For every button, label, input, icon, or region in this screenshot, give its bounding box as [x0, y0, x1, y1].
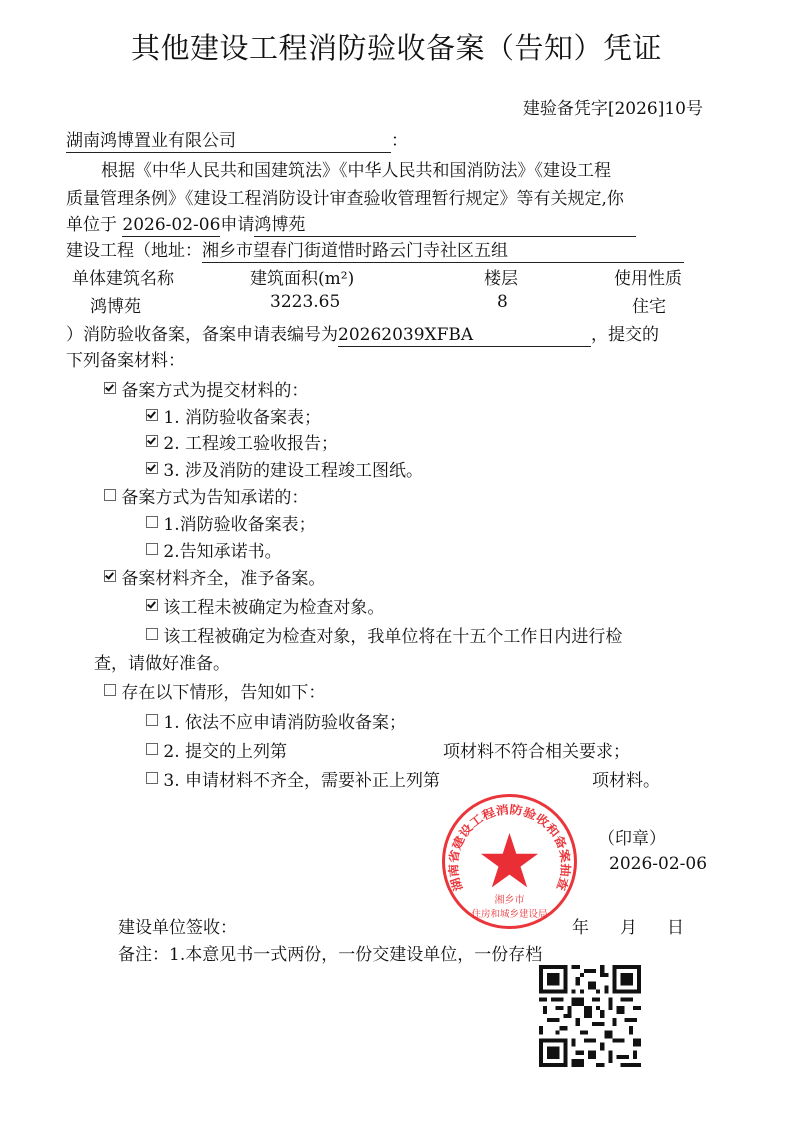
checkbox-checked-icon[interactable] — [146, 409, 158, 421]
application-form-number: 20262039XFBA — [338, 324, 591, 347]
option-item[interactable]: 2. 工程竣工验收报告； — [146, 433, 338, 455]
recipient-line: 湖南鸿博置业有限公司： — [66, 130, 408, 153]
option-item[interactable]: 1. 消防验收备案表； — [146, 407, 321, 429]
month-label: 月 — [620, 917, 637, 939]
option-item-suffix: 项材料不符合相关要求； — [443, 741, 630, 763]
body-line-3: 单位于 2026-02-06申请鸿博苑 — [66, 214, 706, 237]
option-notify-commitment[interactable]: 备案方式为告知承诺的： — [104, 487, 308, 509]
recipient-colon: ： — [391, 131, 408, 151]
reference-number: 建验备凭字[2026]10号 — [523, 98, 703, 120]
option-item-suffix: 项材料。 — [592, 770, 660, 792]
project-address: 湘乡市望春门街道惜时路云门寺社区五组 — [202, 240, 684, 263]
application-date-prefix: 单位于 — [66, 215, 117, 235]
checkbox-checked-icon[interactable] — [146, 599, 158, 611]
body-line-2: 质量管理条例》《建设工程消防设计审查验收管理暂行规定》等有关规定,你 — [66, 188, 624, 210]
option-materials-complete[interactable]: 备案材料齐全，准予备案。 — [104, 568, 325, 590]
option-item[interactable]: 3. 涉及消防的建设工程竣工图纸。 — [146, 460, 423, 482]
option-item[interactable]: 该工程被确定为检查对象，我单位将在十五个工作日内进行检 — [146, 626, 622, 648]
checkbox-unchecked-icon[interactable] — [146, 628, 158, 640]
document-title: 其他建设工程消防验收备案（告知）凭证 — [0, 26, 793, 67]
official-seal-stamp: 湖南省建设工程消防验收和备案抽查专用章 湘乡市 住房和城乡建设局 — [441, 793, 578, 930]
table-cell-usage: 住宅 — [632, 292, 666, 317]
seal-date: 2026-02-06 — [609, 853, 707, 875]
option-item-continuation: 查，请做好准备。 — [94, 653, 230, 675]
form-number-prefix: ）消防验收备案，备案申请表编号为 — [66, 325, 338, 345]
checkbox-unchecked-icon[interactable] — [146, 743, 158, 755]
option-label: 备案材料齐全，准予备案。 — [121, 569, 325, 589]
checkbox-checked-icon[interactable] — [104, 570, 116, 582]
option-item-label: 该工程被确定为检查对象，我单位将在十五个工作日内进行检 — [163, 627, 622, 647]
option-item-label: 1. 依法不应申请消防验收备案； — [163, 713, 406, 733]
checkbox-unchecked-icon[interactable] — [146, 714, 158, 726]
checkbox-unchecked-icon[interactable] — [146, 516, 158, 528]
option-label: 备案方式为告知承诺的： — [121, 488, 308, 508]
checkbox-unchecked-icon[interactable] — [104, 489, 116, 501]
project-name: 鸿博苑 — [254, 214, 636, 237]
checkbox-checked-icon[interactable] — [104, 382, 116, 394]
table-cell-floors: 8 — [497, 292, 508, 312]
option-item[interactable]: 该工程未被确定为检查对象。 — [146, 597, 384, 619]
qr-code-icon — [539, 965, 641, 1067]
remark: 备注：1.本意见书一式两份，一份交建设单位，一份存档 — [118, 944, 542, 966]
table-header-floors: 楼层 — [484, 264, 518, 289]
table-header-area: 建筑面积(m²) — [250, 264, 354, 289]
table-cell-name: 鸿博苑 — [90, 292, 141, 317]
checkbox-checked-icon[interactable] — [146, 462, 158, 474]
option-item-label: 该工程未被确定为检查对象。 — [163, 598, 384, 618]
option-submit-materials[interactable]: 备案方式为提交材料的： — [104, 380, 308, 402]
option-item-label: 3. 申请材料不齐全，需要补正上列第 — [163, 771, 440, 791]
option-item[interactable]: 2. 提交的上列第 — [146, 741, 287, 763]
apply-word: 申请 — [220, 215, 254, 235]
seal-center-line-1: 湘乡市 — [495, 893, 525, 906]
signature-label: 建设单位签收： — [118, 917, 237, 939]
option-label: 备案方式为提交材料的： — [121, 381, 308, 401]
application-date: 2026-02-06 — [122, 214, 220, 237]
body-line-1: 根据《中华人民共和国建筑法》《中华人民共和国消防法》《建设工程 — [101, 160, 611, 182]
body-line-4: 建设工程（地址：湘乡市望春门街道惜时路云门寺社区五组 — [66, 240, 684, 263]
recipient-name: 湖南鸿博置业有限公司 — [66, 130, 391, 153]
option-situations[interactable]: 存在以下情形，告知如下： — [104, 682, 325, 704]
seal-center-line-2: 住房和城乡建设局 — [471, 908, 547, 920]
option-item-label: 2. 工程竣工验收报告； — [163, 434, 338, 454]
table-header-usage: 使用性质 — [614, 264, 682, 289]
checkbox-unchecked-icon[interactable] — [104, 684, 116, 696]
body-line-6: 下列备案材料： — [66, 350, 185, 372]
option-item-label: 1.消防验收备案表； — [163, 515, 315, 535]
checkbox-unchecked-icon[interactable] — [146, 543, 158, 555]
day-label: 日 — [667, 917, 684, 939]
option-item-label: 2.告知承诺书。 — [163, 542, 281, 562]
checkbox-unchecked-icon[interactable] — [146, 772, 158, 784]
star-icon — [481, 833, 538, 887]
checkbox-checked-icon[interactable] — [146, 435, 158, 447]
option-item[interactable]: 2.告知承诺书。 — [146, 541, 282, 563]
option-item[interactable]: 1.消防验收备案表； — [146, 514, 316, 536]
body-line-5: ）消防验收备案，备案申请表编号为20262039XFBA，提交的 — [66, 324, 659, 347]
address-prefix: 建设工程（地址： — [66, 241, 202, 261]
option-label: 存在以下情形，告知如下： — [121, 683, 325, 703]
option-item-label: 3. 涉及消防的建设工程竣工图纸。 — [163, 461, 423, 481]
table-header-name: 单体建筑名称 — [72, 264, 174, 289]
form-number-suffix: ，提交的 — [591, 325, 659, 345]
option-item[interactable]: 3. 申请材料不齐全，需要补正上列第 — [146, 770, 440, 792]
table-cell-area: 3223.65 — [270, 292, 340, 312]
option-item-label: 2. 提交的上列第 — [163, 742, 287, 762]
option-item-label: 1. 消防验收备案表； — [163, 408, 321, 428]
option-item[interactable]: 1. 依法不应申请消防验收备案； — [146, 712, 406, 734]
seal-label: （印章） — [598, 828, 666, 850]
